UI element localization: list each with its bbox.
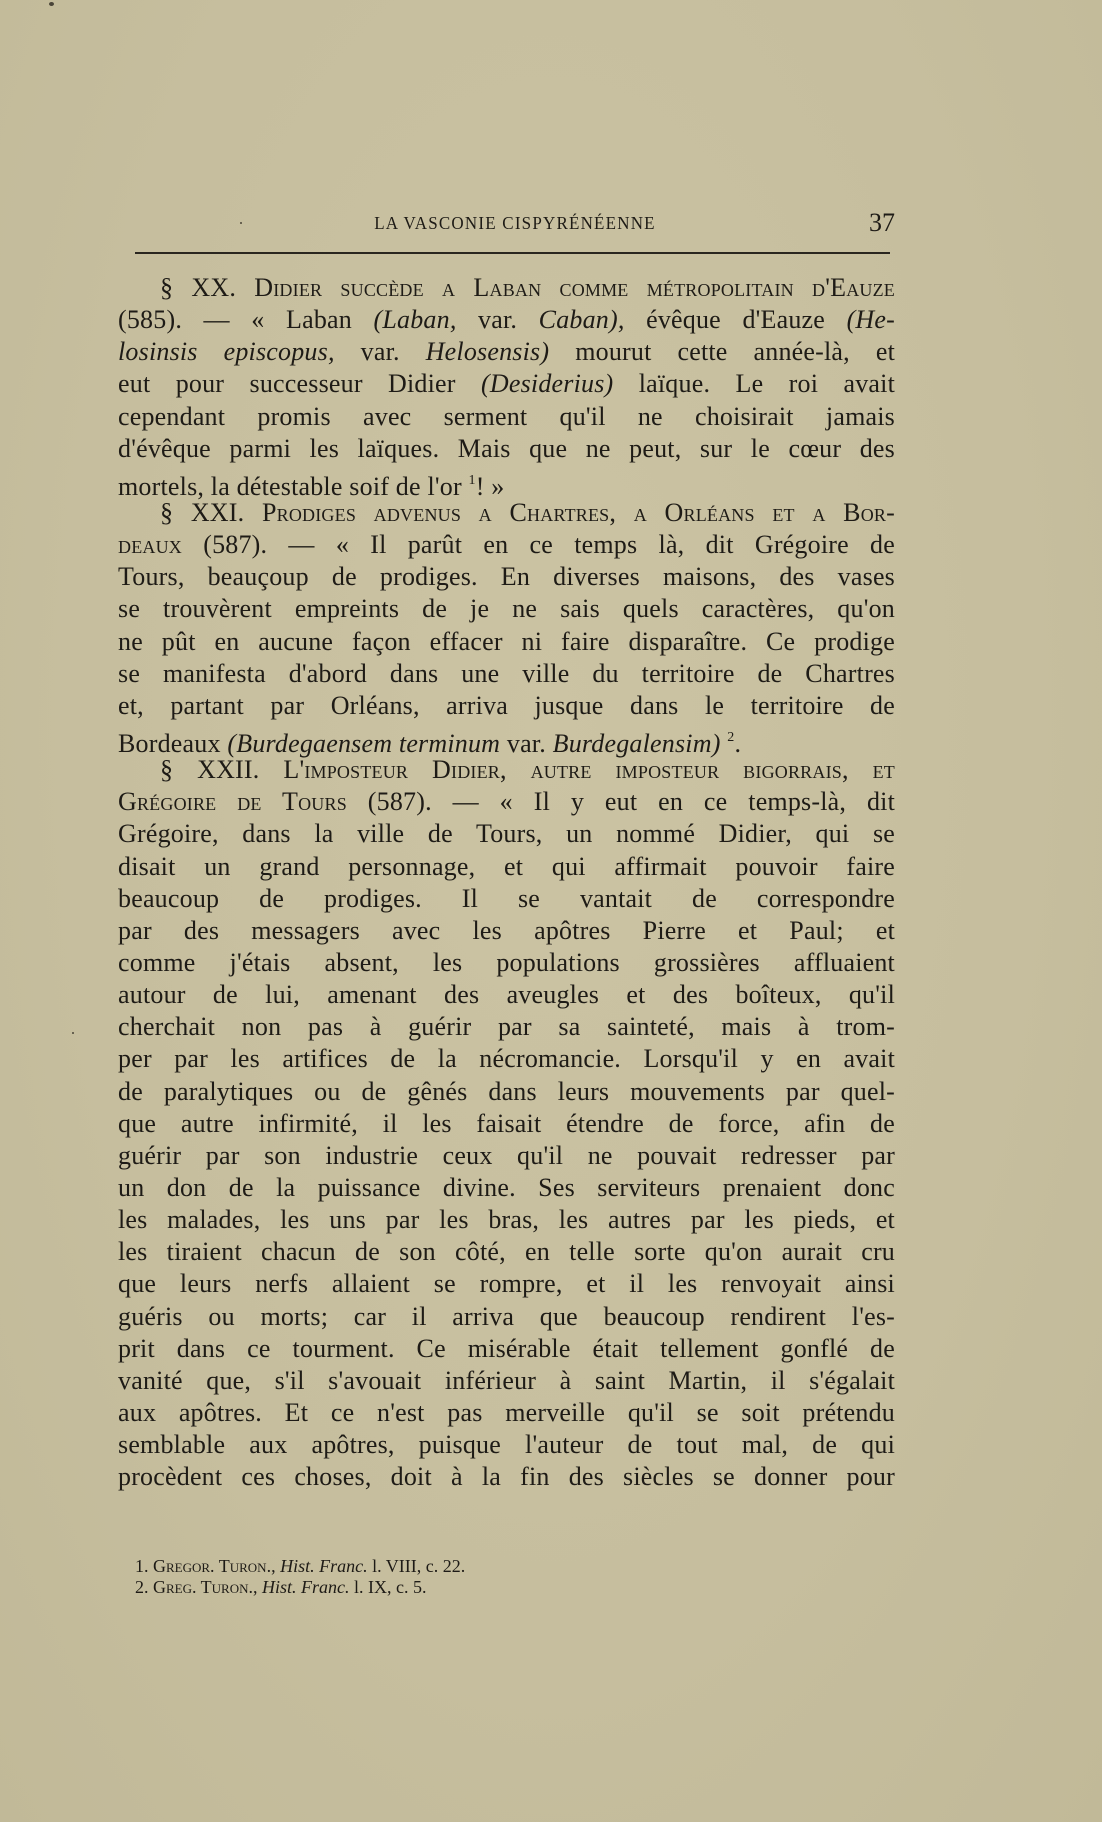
text-line: d'évêque parmi les laïques. Mais que ne … <box>118 433 895 465</box>
text-line: cherchait non pas à guérir par sa sainte… <box>118 1011 895 1043</box>
text-line: mortels, la détestable soif de l'or 1! » <box>118 465 895 497</box>
footnote: 2. Greg. Turon., Hist. Franc. l. IX, c. … <box>135 1577 735 1598</box>
text-run: vanité que, s'il s'avouait inférieur à s… <box>118 1366 895 1395</box>
text-run: (587). — « Il parût en ce temps là, dit … <box>182 530 895 559</box>
text-run: que autre infirmité, il les faisait éten… <box>118 1109 895 1138</box>
text-line: ne pût en aucune façon effacer ni faire … <box>118 626 895 658</box>
text-line: eut pour successeur Didier (Desiderius) … <box>118 368 895 400</box>
text-line: Tours, beauçoup de prodiges. En diverses… <box>118 561 895 593</box>
small-caps-text: Didier succède a Laban comme métropolita… <box>254 273 895 302</box>
text-line: comme j'étais absent, les populations gr… <box>118 947 895 979</box>
text-line: que leurs nerfs allaient se rompre, et i… <box>118 1268 895 1300</box>
text-run: disait un grand personnage, et qui affir… <box>118 852 895 881</box>
small-caps-text: Greg. Turon., <box>153 1577 258 1597</box>
text-line: un don de la puissance divine. Ses servi… <box>118 1172 895 1204</box>
italic-text: Caban), <box>539 305 625 334</box>
text-line: les malades, les uns par les bras, les a… <box>118 1204 895 1236</box>
small-caps-text: Gregor. Turon., <box>153 1556 276 1576</box>
book-page: LA VASCONIE CISPYRÉNÉENNE 37 § XX. Didie… <box>0 0 1102 1822</box>
small-caps-text: Prodiges advenus a Chartres, a Orléans e… <box>262 498 895 527</box>
text-run: comme j'étais absent, les populations gr… <box>118 948 895 977</box>
text-run: Tours, beauçoup de prodiges. En diverses… <box>118 562 895 591</box>
italic-text: (Laban, <box>374 305 457 334</box>
text-run: l. IX, c. 5. <box>350 1577 427 1597</box>
small-caps-text: Grégoire de Tours <box>118 787 347 816</box>
footnotes: 1. Gregor. Turon., Hist. Franc. l. VIII,… <box>135 1556 735 1598</box>
text-run: per par les artifices de la nécromancie.… <box>118 1044 895 1073</box>
text-run: laïque. Le roi avait <box>613 369 895 398</box>
text-line: aux apôtres. Et ce n'est pas merveille q… <box>118 1397 895 1429</box>
header-rule <box>135 252 890 254</box>
text-run: var. <box>335 337 426 366</box>
text-line: se trouvèrent empreints de je ne sais qu… <box>118 593 895 625</box>
body-text: § XX. Didier succède a Laban comme métro… <box>118 272 895 1493</box>
text-line: guéris ou morts; car il arriva que beauc… <box>118 1301 895 1333</box>
text-run: cependant promis avec serment qu'il ne c… <box>118 402 895 431</box>
text-run: eut pour successeur Didier <box>118 369 481 398</box>
text-run: d'évêque parmi les laïques. Mais que ne … <box>118 434 895 463</box>
text-line: Bordeaux (Burdegaensem terminum var. Bur… <box>118 722 895 754</box>
text-run: (587). — « Il y eut en ce temps-là, dit <box>347 787 895 816</box>
text-line: prit dans ce tourment. Ce misérable étai… <box>118 1333 895 1365</box>
text-run: prit dans ce tourment. Ce misérable étai… <box>118 1334 895 1363</box>
running-head: LA VASCONIE CISPYRÉNÉENNE 37 <box>135 210 895 240</box>
text-line: Grégoire, dans la ville de Tours, un nom… <box>118 818 895 850</box>
text-run: § XXI. <box>160 498 262 527</box>
italic-text: (He- <box>847 305 895 334</box>
running-title: LA VASCONIE CISPYRÉNÉENNE <box>135 214 895 235</box>
text-line: que autre infirmité, il les faisait éten… <box>118 1108 895 1140</box>
text-run: guéris ou morts; car il arriva que beauc… <box>118 1302 895 1331</box>
text-line: beaucoup de prodiges. Il se vantait de c… <box>118 883 895 915</box>
text-run: se trouvèrent empreints de je ne sais qu… <box>118 594 895 623</box>
section-heading-line: § XXII. L'imposteur Didier, autre impost… <box>118 754 895 786</box>
text-line: deaux (587). — « Il parût en ce temps là… <box>118 529 895 561</box>
text-line: cependant promis avec serment qu'il ne c… <box>118 401 895 433</box>
text-run: procèdent ces choses, doit à la fin des … <box>118 1462 895 1491</box>
text-run: que leurs nerfs allaient se rompre, et i… <box>118 1269 895 1298</box>
footnote-ref: 1 <box>469 473 476 488</box>
text-run: évêque d'Eauze <box>625 305 847 334</box>
text-run: beaucoup de prodiges. Il se vantait de c… <box>118 884 895 913</box>
text-line: per par les artifices de la nécromancie.… <box>118 1043 895 1075</box>
text-run: aux apôtres. Et ce n'est pas merveille q… <box>118 1398 895 1427</box>
text-line: guérir par son industrie ceux qu'il ne p… <box>118 1140 895 1172</box>
italic-text: Helosensis) <box>426 337 550 366</box>
text-run: se manifesta d'abord dans une ville du t… <box>118 659 895 688</box>
italic-text: (Desiderius) <box>481 369 613 398</box>
small-caps-text: deaux <box>118 530 182 559</box>
italic-text: losinsis episcopus, <box>118 337 335 366</box>
text-run: 1. <box>135 1556 153 1576</box>
text-run: 2. <box>135 1577 153 1597</box>
text-line: autour de lui, amenant des aveugles et d… <box>118 979 895 1011</box>
text-line: semblable aux apôtres, puisque l'auteur … <box>118 1429 895 1461</box>
text-line: procèdent ces choses, doit à la fin des … <box>118 1461 895 1493</box>
text-run: les tiraient chacun de son côté, en tell… <box>118 1237 895 1266</box>
paper-speck <box>49 2 54 6</box>
text-run: cherchait non pas à guérir par sa sainte… <box>118 1012 895 1041</box>
text-run: les malades, les uns par les bras, les a… <box>118 1205 895 1234</box>
footnote: 1. Gregor. Turon., Hist. Franc. l. VIII,… <box>135 1556 735 1577</box>
italic-text: Hist. Franc. <box>262 1577 350 1597</box>
text-run: Grégoire, dans la ville de Tours, un nom… <box>118 819 895 848</box>
text-line: les tiraient chacun de son côté, en tell… <box>118 1236 895 1268</box>
text-run: et, partant par Orléans, arriva jusque d… <box>118 691 895 720</box>
text-run: ne pût en aucune façon effacer ni faire … <box>118 627 895 656</box>
text-line: et, partant par Orléans, arriva jusque d… <box>118 690 895 722</box>
text-line: se manifesta d'abord dans une ville du t… <box>118 658 895 690</box>
text-line: Grégoire de Tours (587). — « Il y eut en… <box>118 786 895 818</box>
section-heading-line: § XX. Didier succède a Laban comme métro… <box>118 272 895 304</box>
paper-speck <box>240 222 242 224</box>
text-run: § XXII. <box>160 755 283 784</box>
text-run: § XX. <box>160 273 254 302</box>
text-run: autour de lui, amenant des aveugles et d… <box>118 980 895 1009</box>
text-run: semblable aux apôtres, puisque l'auteur … <box>118 1430 895 1459</box>
text-run: par des messagers avec les apôtres Pierr… <box>118 916 895 945</box>
text-line: disait un grand personnage, et qui affir… <box>118 851 895 883</box>
section-heading-line: § XXI. Prodiges advenus a Chartres, a Or… <box>118 497 895 529</box>
paper-speck <box>72 1032 74 1034</box>
text-line: (585). — « Laban (Laban, var. Caban), év… <box>118 304 895 336</box>
text-run: guérir par son industrie ceux qu'il ne p… <box>118 1141 895 1170</box>
text-line: vanité que, s'il s'avouait inférieur à s… <box>118 1365 895 1397</box>
text-run: l. VIII, c. 22. <box>368 1556 466 1576</box>
page-number: 37 <box>869 208 895 238</box>
text-run: var. <box>457 305 539 334</box>
text-line: par des messagers avec les apôtres Pierr… <box>118 915 895 947</box>
text-line: de paralytiques ou de gênés dans leurs m… <box>118 1076 895 1108</box>
text-run: un don de la puissance divine. Ses servi… <box>118 1173 895 1202</box>
text-run: de paralytiques ou de gênés dans leurs m… <box>118 1077 895 1106</box>
italic-text: Hist. Franc. <box>280 1556 368 1576</box>
text-run: mourut cette année-là, et <box>549 337 895 366</box>
text-line: losinsis episcopus, var. Helosensis) mou… <box>118 336 895 368</box>
small-caps-text: L'imposteur Didier, autre imposteur bigo… <box>283 755 895 784</box>
text-run: (585). — « Laban <box>118 305 374 334</box>
